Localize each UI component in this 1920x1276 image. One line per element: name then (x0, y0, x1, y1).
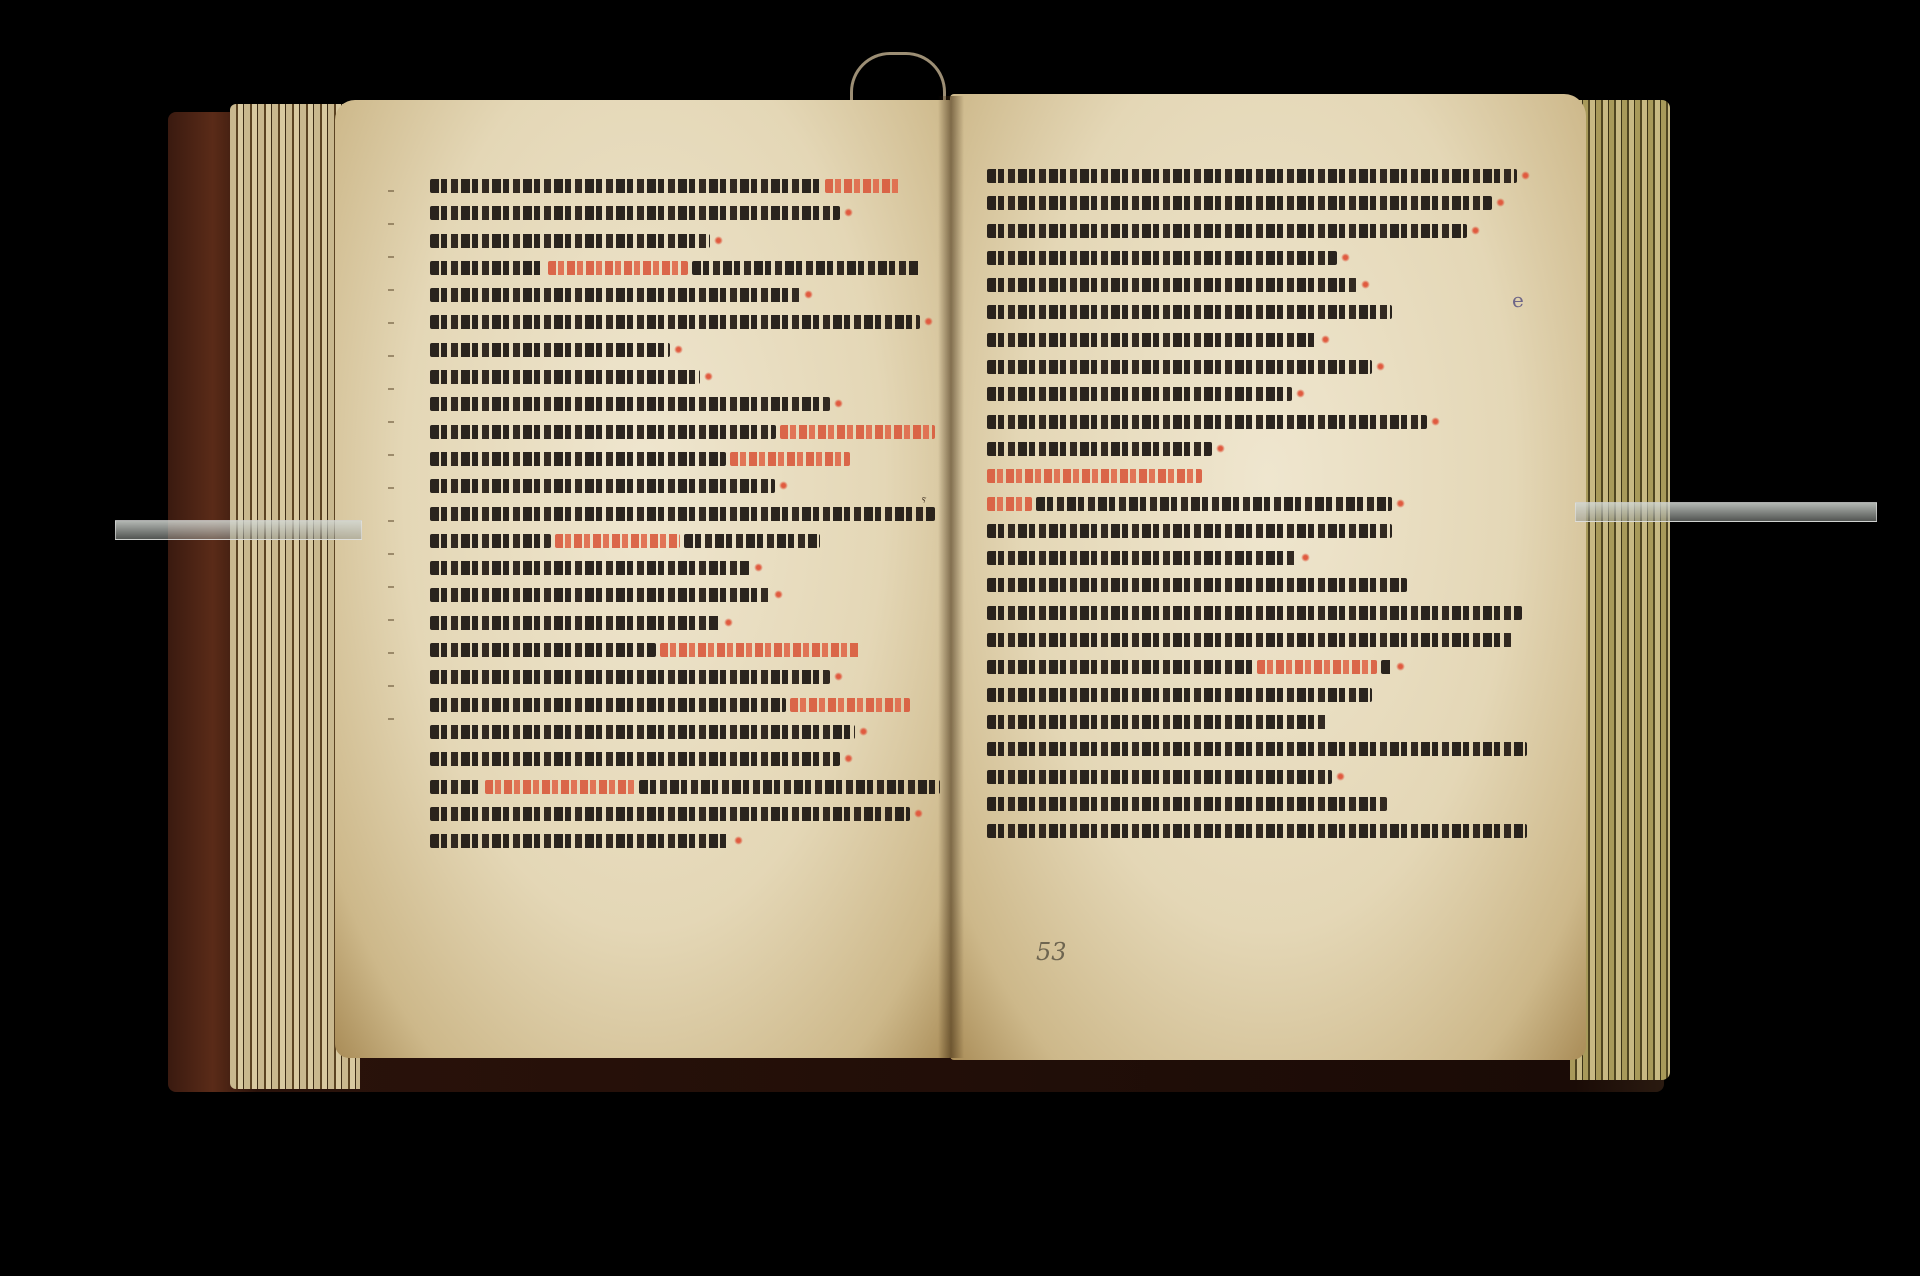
red-full-stop (724, 618, 733, 627)
ink-text (987, 333, 1317, 347)
red-full-stop (774, 590, 783, 599)
text-line (430, 830, 950, 853)
folio-number: 53 (1036, 938, 1067, 966)
ink-text (987, 551, 1297, 565)
ink-text (430, 616, 720, 630)
ink-text (987, 251, 1337, 265)
red-full-stop (1431, 417, 1440, 426)
ink-text (1036, 497, 1392, 511)
ink-text (987, 606, 1522, 620)
text-line (430, 666, 950, 689)
ink-text (430, 698, 786, 712)
red-full-stop (754, 563, 763, 572)
text-line (987, 356, 1527, 379)
text-line (987, 738, 1527, 761)
text-line (430, 612, 950, 635)
ink-text (430, 834, 730, 848)
ink-text (430, 261, 544, 275)
right-page-text (987, 165, 1527, 847)
red-rubric (790, 698, 910, 712)
ink-text (987, 224, 1467, 238)
text-line (987, 438, 1527, 461)
red-full-stop (1336, 772, 1345, 781)
text-line (987, 493, 1527, 516)
text-line (987, 274, 1527, 297)
red-full-stop (1361, 280, 1370, 289)
text-line (987, 465, 1527, 488)
red-full-stop (914, 809, 923, 818)
red-rubric (825, 179, 900, 193)
text-line (430, 202, 950, 225)
margin-prick-marks (388, 190, 394, 730)
ink-text (430, 234, 710, 248)
ink-text (987, 169, 1517, 183)
red-full-stop (1496, 198, 1505, 207)
ink-text (430, 206, 840, 220)
red-full-stop (1321, 335, 1330, 344)
ink-text (430, 425, 776, 439)
red-full-stop (1471, 226, 1480, 235)
ink-text (987, 278, 1357, 292)
ink-text (684, 534, 820, 548)
text-line (430, 557, 950, 580)
red-full-stop (844, 754, 853, 763)
ink-text (639, 780, 940, 794)
ink-text (430, 315, 920, 329)
red-full-stop (1396, 662, 1405, 671)
text-line (430, 694, 950, 717)
text-line (987, 165, 1527, 188)
pencil-mark: e (1512, 288, 1524, 312)
ink-text (1381, 660, 1392, 674)
text-line (987, 301, 1527, 324)
text-line (987, 656, 1527, 679)
ink-text (692, 261, 920, 275)
red-rubric (780, 425, 935, 439)
text-line (987, 520, 1527, 543)
red-rubric (1257, 660, 1377, 674)
ink-text (430, 643, 656, 657)
red-rubric (485, 780, 635, 794)
ink-text (430, 179, 821, 193)
ink-text (430, 479, 775, 493)
ink-text (430, 507, 935, 521)
text-line (430, 475, 950, 498)
ink-text (987, 305, 1392, 319)
ink-text (987, 742, 1527, 756)
text-line (987, 547, 1527, 570)
text-line (430, 230, 950, 253)
text-line (430, 393, 950, 416)
red-full-stop (734, 836, 743, 845)
ink-text (430, 370, 700, 384)
marginal-note: ⲋ (922, 492, 926, 506)
text-line (987, 383, 1527, 406)
red-full-stop (1396, 499, 1405, 508)
red-full-stop (714, 236, 723, 245)
red-rubric (987, 469, 1202, 483)
ink-text (430, 807, 910, 821)
red-rubric (548, 261, 688, 275)
ink-text (987, 524, 1392, 538)
left-page-text (430, 175, 950, 857)
text-line (430, 803, 950, 826)
ink-text (430, 288, 800, 302)
ink-text (987, 688, 1372, 702)
red-full-stop (779, 481, 788, 490)
ink-text (987, 578, 1407, 592)
text-line (987, 329, 1527, 352)
red-rubric (555, 534, 680, 548)
red-rubric (987, 497, 1032, 511)
text-line (987, 684, 1527, 707)
ink-text (987, 797, 1387, 811)
acrylic-support-left (115, 520, 362, 540)
manuscript-photo: ⲋ e 53 (0, 0, 1920, 1276)
ink-text (430, 397, 830, 411)
red-full-stop (704, 372, 713, 381)
red-rubric (660, 643, 860, 657)
ink-text (430, 534, 551, 548)
text-line (430, 639, 950, 662)
binding-thread (850, 52, 946, 105)
red-full-stop (1301, 553, 1310, 562)
ink-text (987, 770, 1332, 784)
text-line (987, 574, 1527, 597)
red-full-stop (1341, 253, 1350, 262)
text-line (430, 748, 950, 771)
text-line (987, 711, 1527, 734)
red-full-stop (859, 727, 868, 736)
red-full-stop (834, 672, 843, 681)
ink-text (430, 780, 481, 794)
ink-text (987, 660, 1253, 674)
ink-text (430, 343, 670, 357)
ink-text (987, 633, 1512, 647)
text-line (430, 530, 950, 553)
red-full-stop (1376, 362, 1385, 371)
text-line (430, 448, 950, 471)
red-full-stop (1521, 171, 1530, 180)
text-line (430, 366, 950, 389)
text-line (430, 175, 950, 198)
ink-text (430, 452, 726, 466)
text-line (987, 766, 1527, 789)
text-line (987, 793, 1527, 816)
text-line (430, 339, 950, 362)
ink-text (987, 715, 1327, 729)
red-full-stop (674, 345, 683, 354)
text-line (987, 820, 1527, 843)
ink-text (987, 360, 1372, 374)
red-full-stop (844, 208, 853, 217)
red-rubric (730, 452, 850, 466)
ink-text (987, 196, 1492, 210)
ink-text (430, 725, 855, 739)
text-line (987, 629, 1527, 652)
ink-text (430, 670, 830, 684)
text-line (987, 247, 1527, 270)
text-line (987, 411, 1527, 434)
ink-text (987, 415, 1427, 429)
text-line (430, 421, 950, 444)
text-line (430, 776, 950, 799)
ink-text (430, 561, 750, 575)
text-line (430, 503, 950, 526)
red-full-stop (834, 399, 843, 408)
ink-text (430, 588, 770, 602)
red-full-stop (804, 290, 813, 299)
red-full-stop (1216, 444, 1225, 453)
text-line (987, 192, 1527, 215)
red-full-stop (1296, 389, 1305, 398)
ink-text (430, 752, 840, 766)
ink-text (987, 442, 1212, 456)
text-line (430, 311, 950, 334)
text-line (430, 584, 950, 607)
text-line (430, 721, 950, 744)
text-line (987, 220, 1527, 243)
acrylic-support-right (1575, 502, 1877, 522)
text-line (987, 602, 1527, 625)
ink-text (987, 824, 1527, 838)
text-line (430, 284, 950, 307)
text-line (430, 257, 950, 280)
red-full-stop (924, 317, 933, 326)
ink-text (987, 387, 1292, 401)
